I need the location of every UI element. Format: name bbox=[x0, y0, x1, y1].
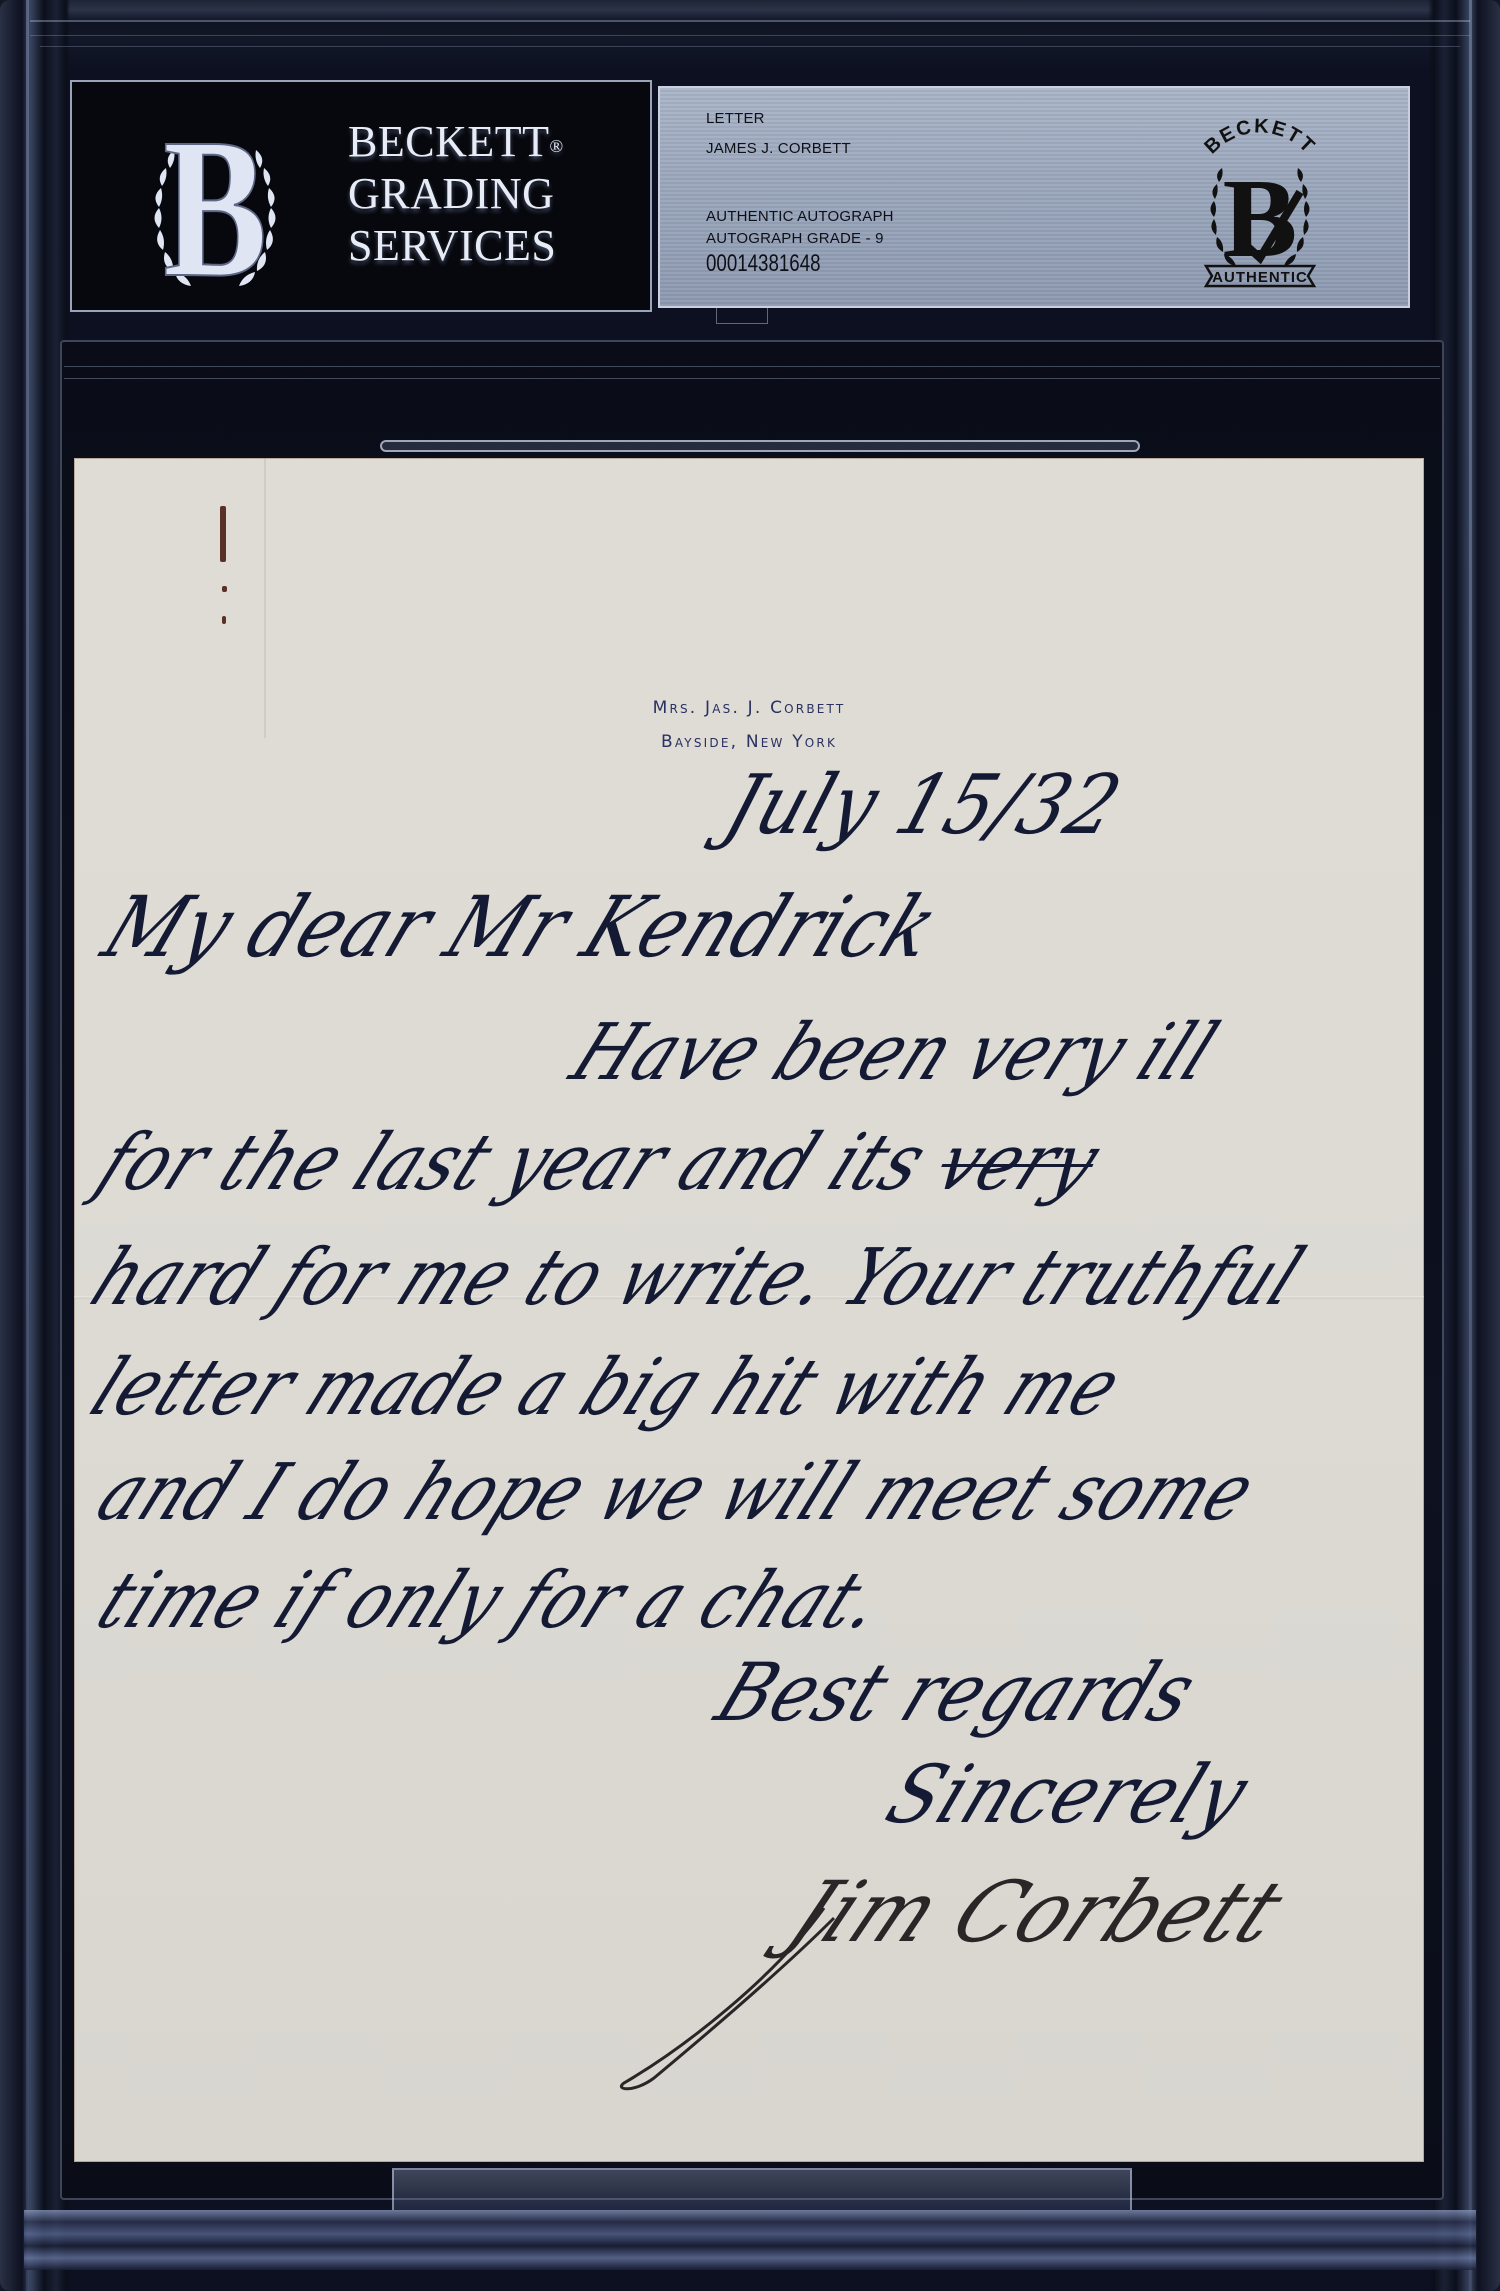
svg-text:AUTHENTIC: AUTHENTIC bbox=[1212, 269, 1308, 286]
signature-flourish bbox=[594, 1898, 854, 2098]
slab-top-rail-inner bbox=[40, 46, 1460, 54]
beckett-authentic-seal-icon: BECKETT B AUTHENTIC bbox=[1160, 98, 1360, 300]
vertical-crease bbox=[264, 458, 266, 738]
label-brand-panel: B BECKETT® GRADING SERVICES bbox=[70, 80, 652, 312]
body-line-text: for the last year and its bbox=[84, 1118, 963, 1208]
rust-mark bbox=[222, 586, 227, 592]
holder-bottom-tab bbox=[392, 2168, 1132, 2210]
body-line: and I do hope we will meet some bbox=[84, 1448, 1269, 1538]
letterhead-address: Bayside, New York bbox=[74, 732, 1424, 752]
letter-date: July 15/32 bbox=[714, 758, 1132, 853]
brand-line-beckett: BECKETT bbox=[348, 117, 549, 166]
subject-name: JAMES J. CORBETT bbox=[706, 140, 851, 157]
body-line: time if only for a chat. bbox=[84, 1556, 899, 1646]
slab-clip bbox=[716, 308, 768, 324]
label-info-panel: LETTER JAMES J. CORBETT AUTHENTIC AUTOGR… bbox=[658, 86, 1410, 308]
beckett-laurel-b-logo-icon: B bbox=[120, 110, 310, 290]
slab-top-rail bbox=[30, 20, 1470, 36]
letterhead-name: Mrs. Jas. J. Corbett bbox=[74, 698, 1424, 718]
closing-sincerely: Sincerely bbox=[874, 1748, 1262, 1841]
rust-mark bbox=[220, 506, 226, 562]
slab-left-edge bbox=[26, 0, 29, 2291]
slab-bottom-rail bbox=[24, 2210, 1476, 2270]
body-line: letter made a big hit with me bbox=[78, 1343, 1135, 1433]
slab-right-edge bbox=[1469, 0, 1472, 2291]
autograph-grade: AUTOGRAPH GRADE - 9 bbox=[706, 230, 884, 247]
body-line: hard for me to write. Your truthful bbox=[78, 1233, 1317, 1323]
svg-text:B: B bbox=[163, 110, 267, 290]
authentication-status: AUTHENTIC AUTOGRAPH bbox=[706, 208, 894, 225]
salutation: My dear Mr Kendrick bbox=[90, 878, 953, 976]
well-ridge-lower bbox=[64, 378, 1440, 379]
brand-wordmark: BECKETT® GRADING SERVICES bbox=[348, 116, 564, 272]
registered-mark: ® bbox=[549, 136, 563, 156]
body-line: Have been very ill bbox=[558, 1008, 1231, 1098]
body-line: for the last year and its very bbox=[84, 1118, 1114, 1208]
svg-text:BECKETT: BECKETT bbox=[1200, 115, 1319, 158]
letter-document: Mrs. Jas. J. Corbett Bayside, New York J… bbox=[74, 458, 1424, 2162]
cert-number: 00014381648 bbox=[706, 250, 821, 278]
well-ridge bbox=[64, 366, 1440, 367]
item-type: LETTER bbox=[706, 110, 765, 127]
brand-line-grading: GRADING bbox=[348, 168, 564, 220]
closing-regards: Best regards bbox=[704, 1646, 1210, 1739]
rust-mark bbox=[222, 616, 226, 624]
brand-line-services: SERVICES bbox=[348, 220, 564, 272]
holder-top-tab bbox=[380, 440, 1140, 452]
